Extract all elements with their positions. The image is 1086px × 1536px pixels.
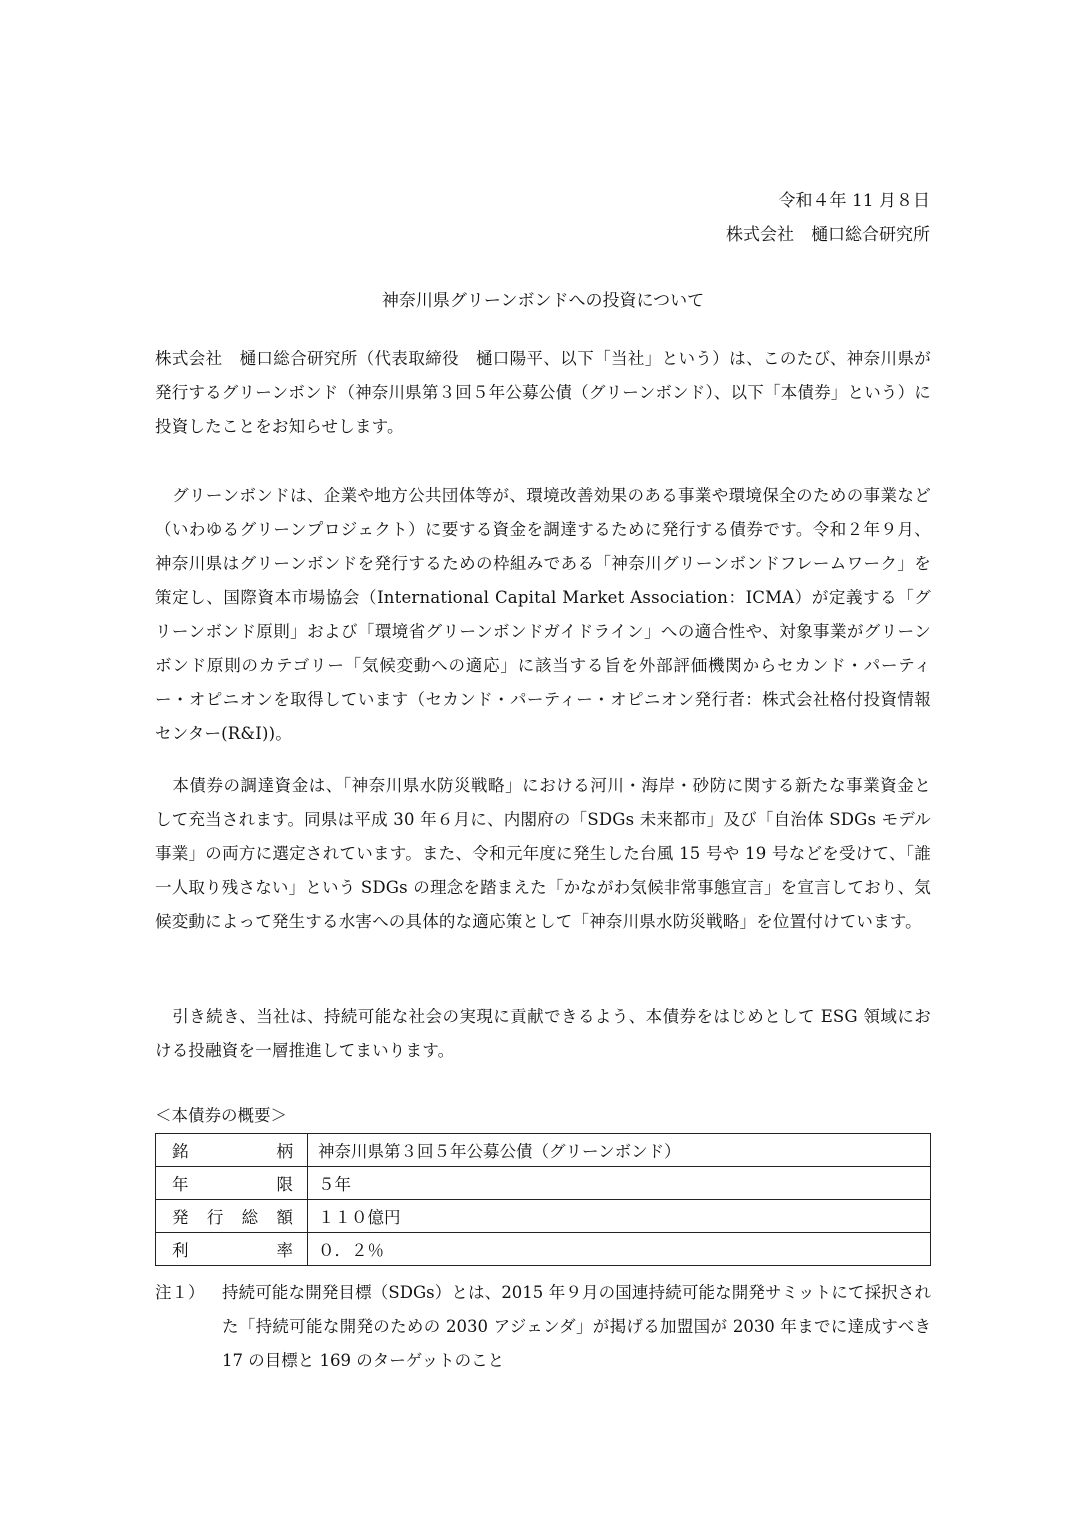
paragraph-closing: 引き続き、当社は、持続可能な社会の実現に貢献できるよう、本債券をはじめとして E… [155, 1000, 931, 1068]
paragraph-intro: 株式会社 樋口総合研究所（代表取締役 樋口陽平、以下「当社」という）は、このたび… [155, 342, 931, 444]
paragraph-text: 本債券の調達資金は、「神奈川県水防災戦略」における河川・海岸・砂防に関する新たな… [155, 776, 931, 931]
table-row: 利率 ０．２％ [156, 1233, 931, 1266]
paragraph-text: 引き続き、当社は、持続可能な社会の実現に貢献できるよう、本債券をはじめとして E… [155, 1007, 931, 1060]
row-label-issue-name: 銘柄 [156, 1134, 308, 1167]
company-name: 株式会社 樋口総合研究所 [726, 220, 930, 245]
row-value-interest-rate: ０．２％ [308, 1233, 931, 1266]
bond-overview-table: 銘柄 神奈川県第３回５年公募公債（グリーンボンド） 年限 ５年 発行総額 １１０… [155, 1133, 931, 1266]
paragraph-use-of-proceeds: 本債券の調達資金は、「神奈川県水防災戦略」における河川・海岸・砂防に関する新たな… [155, 769, 931, 939]
footnote: 注１） 持続可能な開発目標（SDGs）とは、2015 年９月の国連持続可能な開発… [155, 1276, 931, 1378]
overview-heading: ＜本債券の概要＞ [155, 1102, 287, 1126]
footnote-text: 持続可能な開発目標（SDGs）とは、2015 年９月の国連持続可能な開発サミット… [222, 1276, 931, 1378]
row-label-interest-rate: 利率 [156, 1233, 308, 1266]
paragraph-green-bond-definition: グリーンボンドは、企業や地方公共団体等が、環境改善効果のある事業や環境保全のため… [155, 479, 931, 751]
row-label-total-issue: 発行総額 [156, 1200, 308, 1233]
paragraph-text: 株式会社 樋口総合研究所（代表取締役 樋口陽平、以下「当社」という）は、このたび… [155, 349, 931, 436]
row-value-total-issue: １１０億円 [308, 1200, 931, 1233]
document-title: 神奈川県グリーンボンドへの投資について [0, 286, 1086, 311]
paragraph-text: グリーンボンドは、企業や地方公共団体等が、環境改善効果のある事業や環境保全のため… [155, 486, 931, 743]
table-row: 銘柄 神奈川県第３回５年公募公債（グリーンボンド） [156, 1134, 931, 1167]
row-value-issue-name: 神奈川県第３回５年公募公債（グリーンボンド） [308, 1134, 931, 1167]
document-date: 令和４年 11 月８日 [779, 186, 930, 211]
table-row: 年限 ５年 [156, 1167, 931, 1200]
row-label-term: 年限 [156, 1167, 308, 1200]
table-row: 発行総額 １１０億円 [156, 1200, 931, 1233]
row-value-term: ５年 [308, 1167, 931, 1200]
footnote-label: 注１） [155, 1276, 205, 1310]
